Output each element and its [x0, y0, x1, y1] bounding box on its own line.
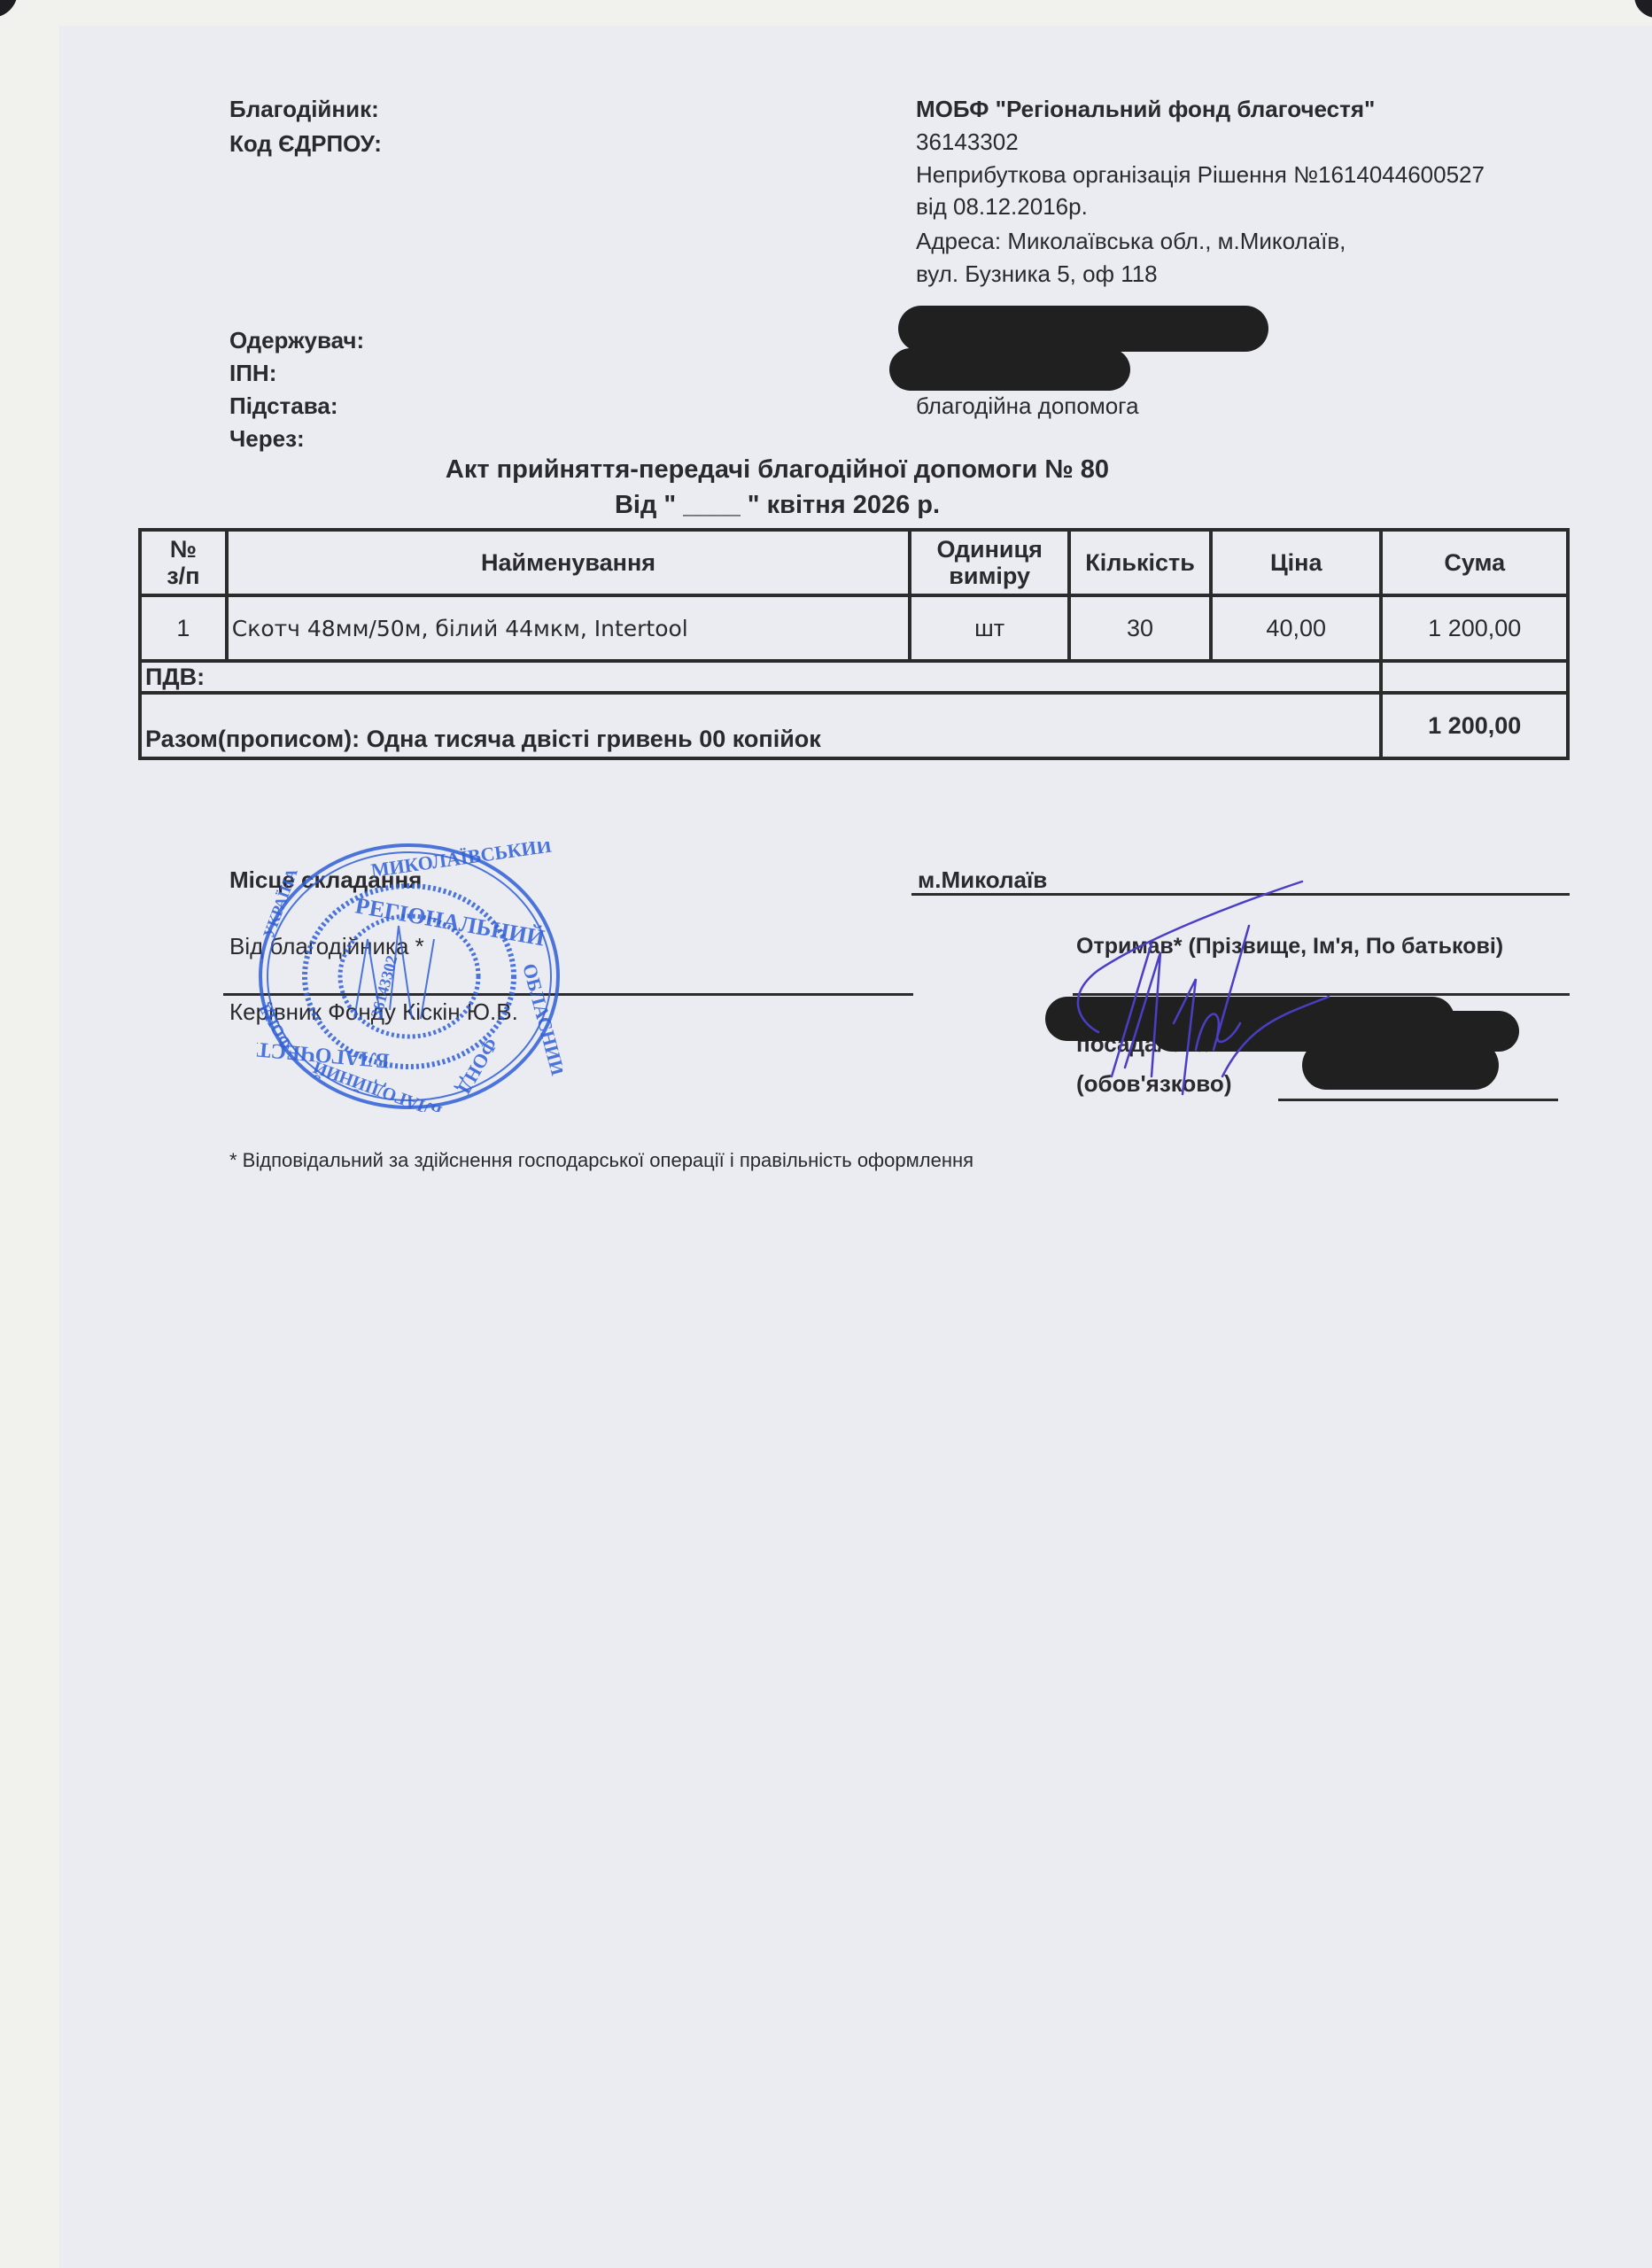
- col-header-number: №з/п: [140, 530, 227, 595]
- via-label: Через:: [229, 423, 305, 454]
- donor-address-line1: Адреса: Миколаївська обл., м.Миколаїв,: [916, 225, 1346, 257]
- act-title: Акт прийняття-передачі благодійної допом…: [0, 455, 1603, 485]
- basis-value: благодійна допомога: [916, 390, 1139, 422]
- organization-stamp: МИКОЛАЇВСЬКИЙ ОБЛАСНИЙ БЛАГОДІЙНИЙ ФОНД …: [257, 842, 562, 1112]
- cell-qty: 30: [1069, 595, 1211, 661]
- items-table: №з/п Найменування Одиницявиміру Кількіст…: [138, 528, 1570, 760]
- svg-text:РЕГІОНАЛЬНИЙ: РЕГІОНАЛЬНИЙ: [353, 892, 547, 951]
- svg-text:БЛАГОЧЕСТЯ: БЛАГОЧЕСТЯ: [257, 1037, 391, 1072]
- donor-status-line2: від 08.12.2016р.: [916, 190, 1088, 222]
- scan-edge-shadow: [0, 0, 18, 18]
- edrpou-label: Код ЄДРПОУ:: [229, 128, 382, 159]
- total-value: 1 200,00: [1381, 693, 1568, 758]
- cell-number: 1: [140, 595, 227, 661]
- col-header-qty: Кількість: [1069, 530, 1211, 595]
- col-header-name: Найменування: [227, 530, 911, 595]
- cell-price: 40,00: [1211, 595, 1382, 661]
- svg-text:ФОНД: ФОНД: [453, 1035, 502, 1099]
- act-date: Від " ____ " квітня 2026 р.: [0, 491, 1603, 520]
- svg-text:МИКОЛАЇВСЬКИЙ: МИКОЛАЇВСЬКИЙ: [369, 842, 553, 882]
- vat-value: [1381, 661, 1568, 693]
- basis-label: Підстава:: [229, 390, 337, 422]
- recipient-signature: [1019, 873, 1338, 1130]
- donor-label: Благодійник:: [229, 93, 379, 125]
- total-row: Разом(прописом): Одна тисяча двісті грив…: [140, 693, 1568, 758]
- scan-edge-shadow: [1634, 0, 1652, 18]
- vat-label: ПДВ:: [140, 661, 1381, 693]
- document-page: [59, 26, 1652, 2268]
- cell-sum: 1 200,00: [1381, 595, 1568, 661]
- col-header-price: Ціна: [1211, 530, 1382, 595]
- cell-unit: шт: [910, 595, 1069, 661]
- col-header-unit: Одиницявиміру: [910, 530, 1069, 595]
- table-row: 1 Скотч 48мм/50м, білий 44мкм, Intertool…: [140, 595, 1568, 661]
- vat-row: ПДВ:: [140, 661, 1568, 693]
- table-header-row: №з/п Найменування Одиницявиміру Кількіст…: [140, 530, 1568, 595]
- redaction-recipient: [898, 306, 1268, 352]
- donor-status-line1: Неприбуткова організація Рішення №161404…: [916, 159, 1485, 190]
- redaction-ipn: [889, 348, 1130, 391]
- recipient-label: Одержувач:: [229, 324, 364, 356]
- donor-address-line2: вул. Бузника 5, оф 118: [916, 258, 1158, 290]
- col-header-sum: Сума: [1381, 530, 1568, 595]
- total-in-words: Разом(прописом): Одна тисяча двісті грив…: [140, 693, 1381, 758]
- cell-name: Скотч 48мм/50м, білий 44мкм, Intertool: [227, 595, 911, 661]
- donor-name: МОБФ "Регіональний фонд благочестя": [916, 93, 1375, 125]
- ipn-label: ІПН:: [229, 357, 276, 389]
- footnote: * Відповідальний за здійснення господарс…: [229, 1149, 973, 1172]
- donor-edrpou: 36143302: [916, 126, 1019, 158]
